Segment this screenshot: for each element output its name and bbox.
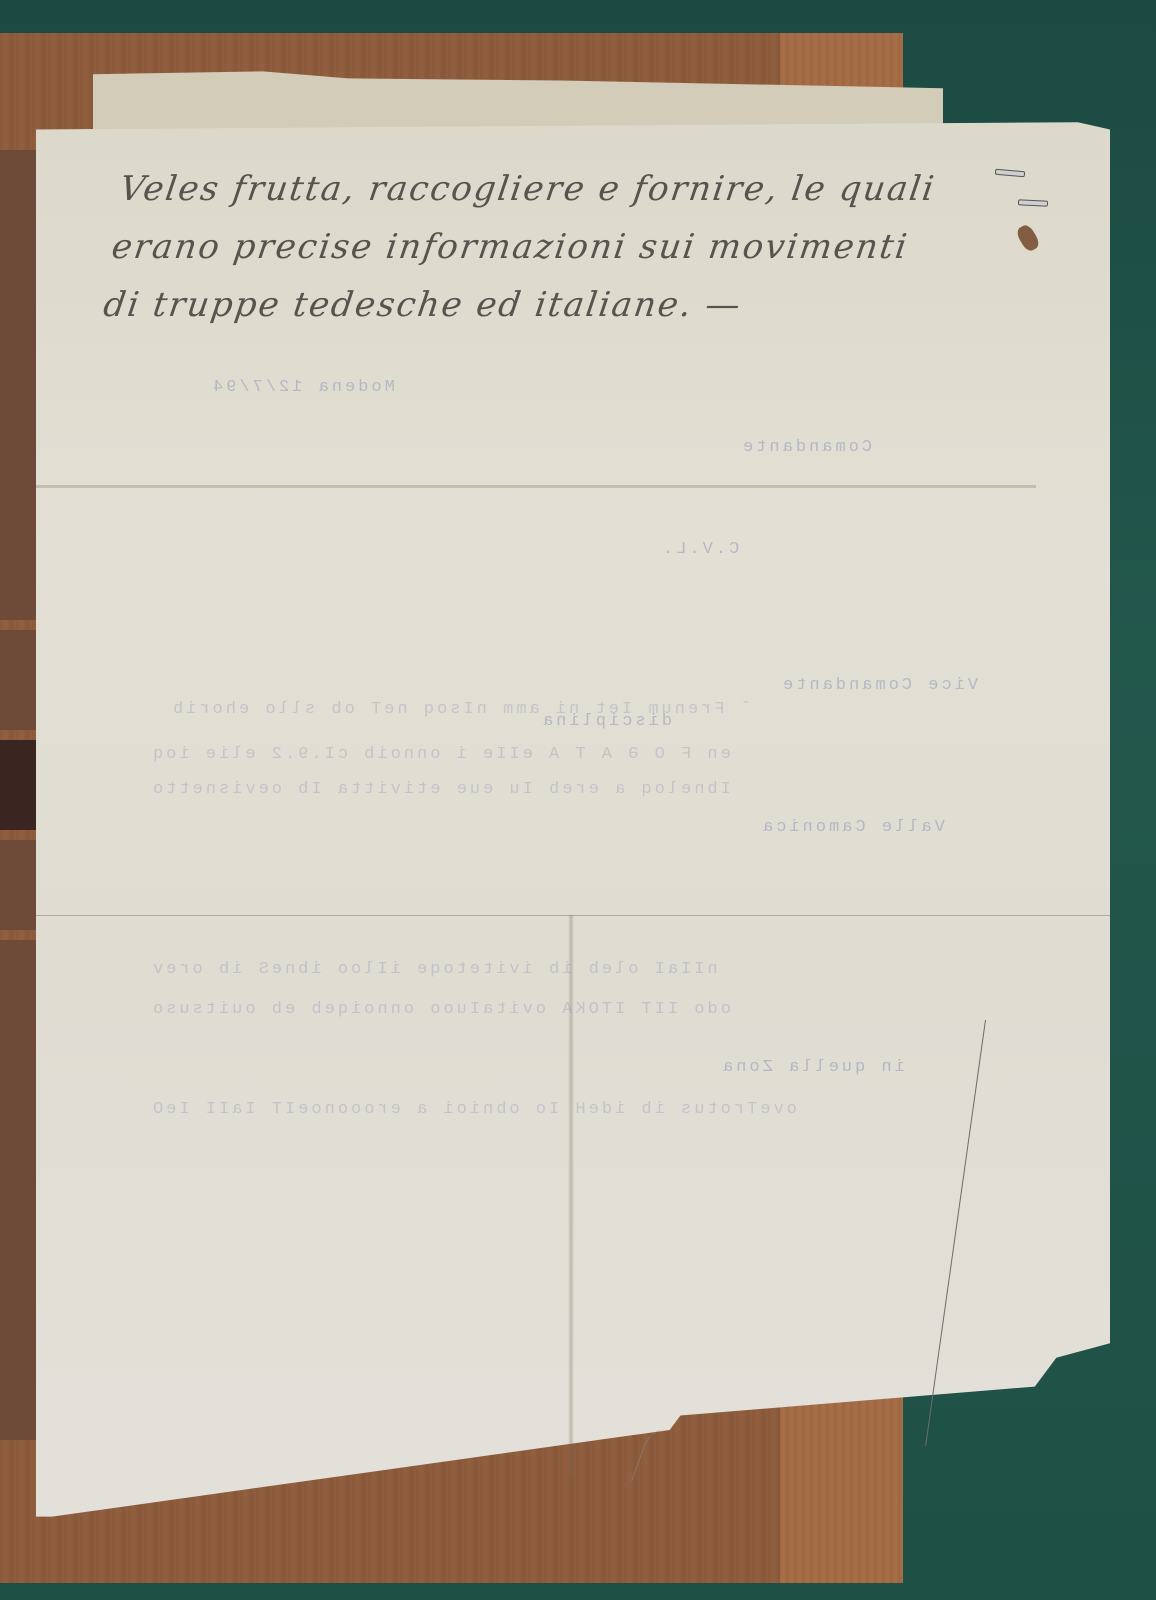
bleedthrough-line: Ibneloq a ereb Iu eue etivitta Ib oevisn… <box>150 780 731 799</box>
bleedthrough-text: Modena 12/7/94 <box>210 378 395 397</box>
bleedthrough-text: Vice Comandante <box>780 676 978 695</box>
bleedthrough-line: oveTrotus ib ideH Io obnioi a erooonoeIT… <box>150 1100 797 1119</box>
binder-spine <box>0 840 39 930</box>
bleedthrough-line: odo IIT ITOKA ovitaIuoo onnoiqeb eb ouit… <box>150 1000 731 1019</box>
binder-spine <box>0 150 39 620</box>
handwritten-line: Veles frutta, raccogliere e fornire, le … <box>116 160 1024 218</box>
handwritten-note: Veles frutta, raccogliere e fornire, le … <box>100 160 1024 334</box>
handwritten-line: erano precise informazioni sui movimenti <box>108 218 1016 276</box>
bleedthrough-line: en F O Ə A T A eIIe i onnoib cI.9.2 elie… <box>150 745 731 764</box>
handwritten-line: di truppe tedesche ed italiane. — <box>100 276 1008 334</box>
bleedthrough-text: Valle Camonica <box>760 818 945 837</box>
binder-spine <box>0 940 39 1440</box>
bleedthrough-line: ˆ Frenum Iet ni amm nIsoq neT ob sllo eh… <box>170 700 751 719</box>
bleedthrough-text: Comandante <box>740 438 872 457</box>
fold-crease <box>36 485 1036 488</box>
binder-spine <box>0 630 39 730</box>
binder-spines <box>0 150 36 1440</box>
fold-crease-vertical <box>568 915 574 1475</box>
bleedthrough-line: nIIaI oleb ib ivitetoqe iIloo ibneS ib o… <box>150 960 718 979</box>
bleedthrough-text: C.V.L. <box>660 540 739 559</box>
bleedthrough-text: in quella Zona <box>720 1058 905 1077</box>
binder-spine <box>0 740 39 830</box>
